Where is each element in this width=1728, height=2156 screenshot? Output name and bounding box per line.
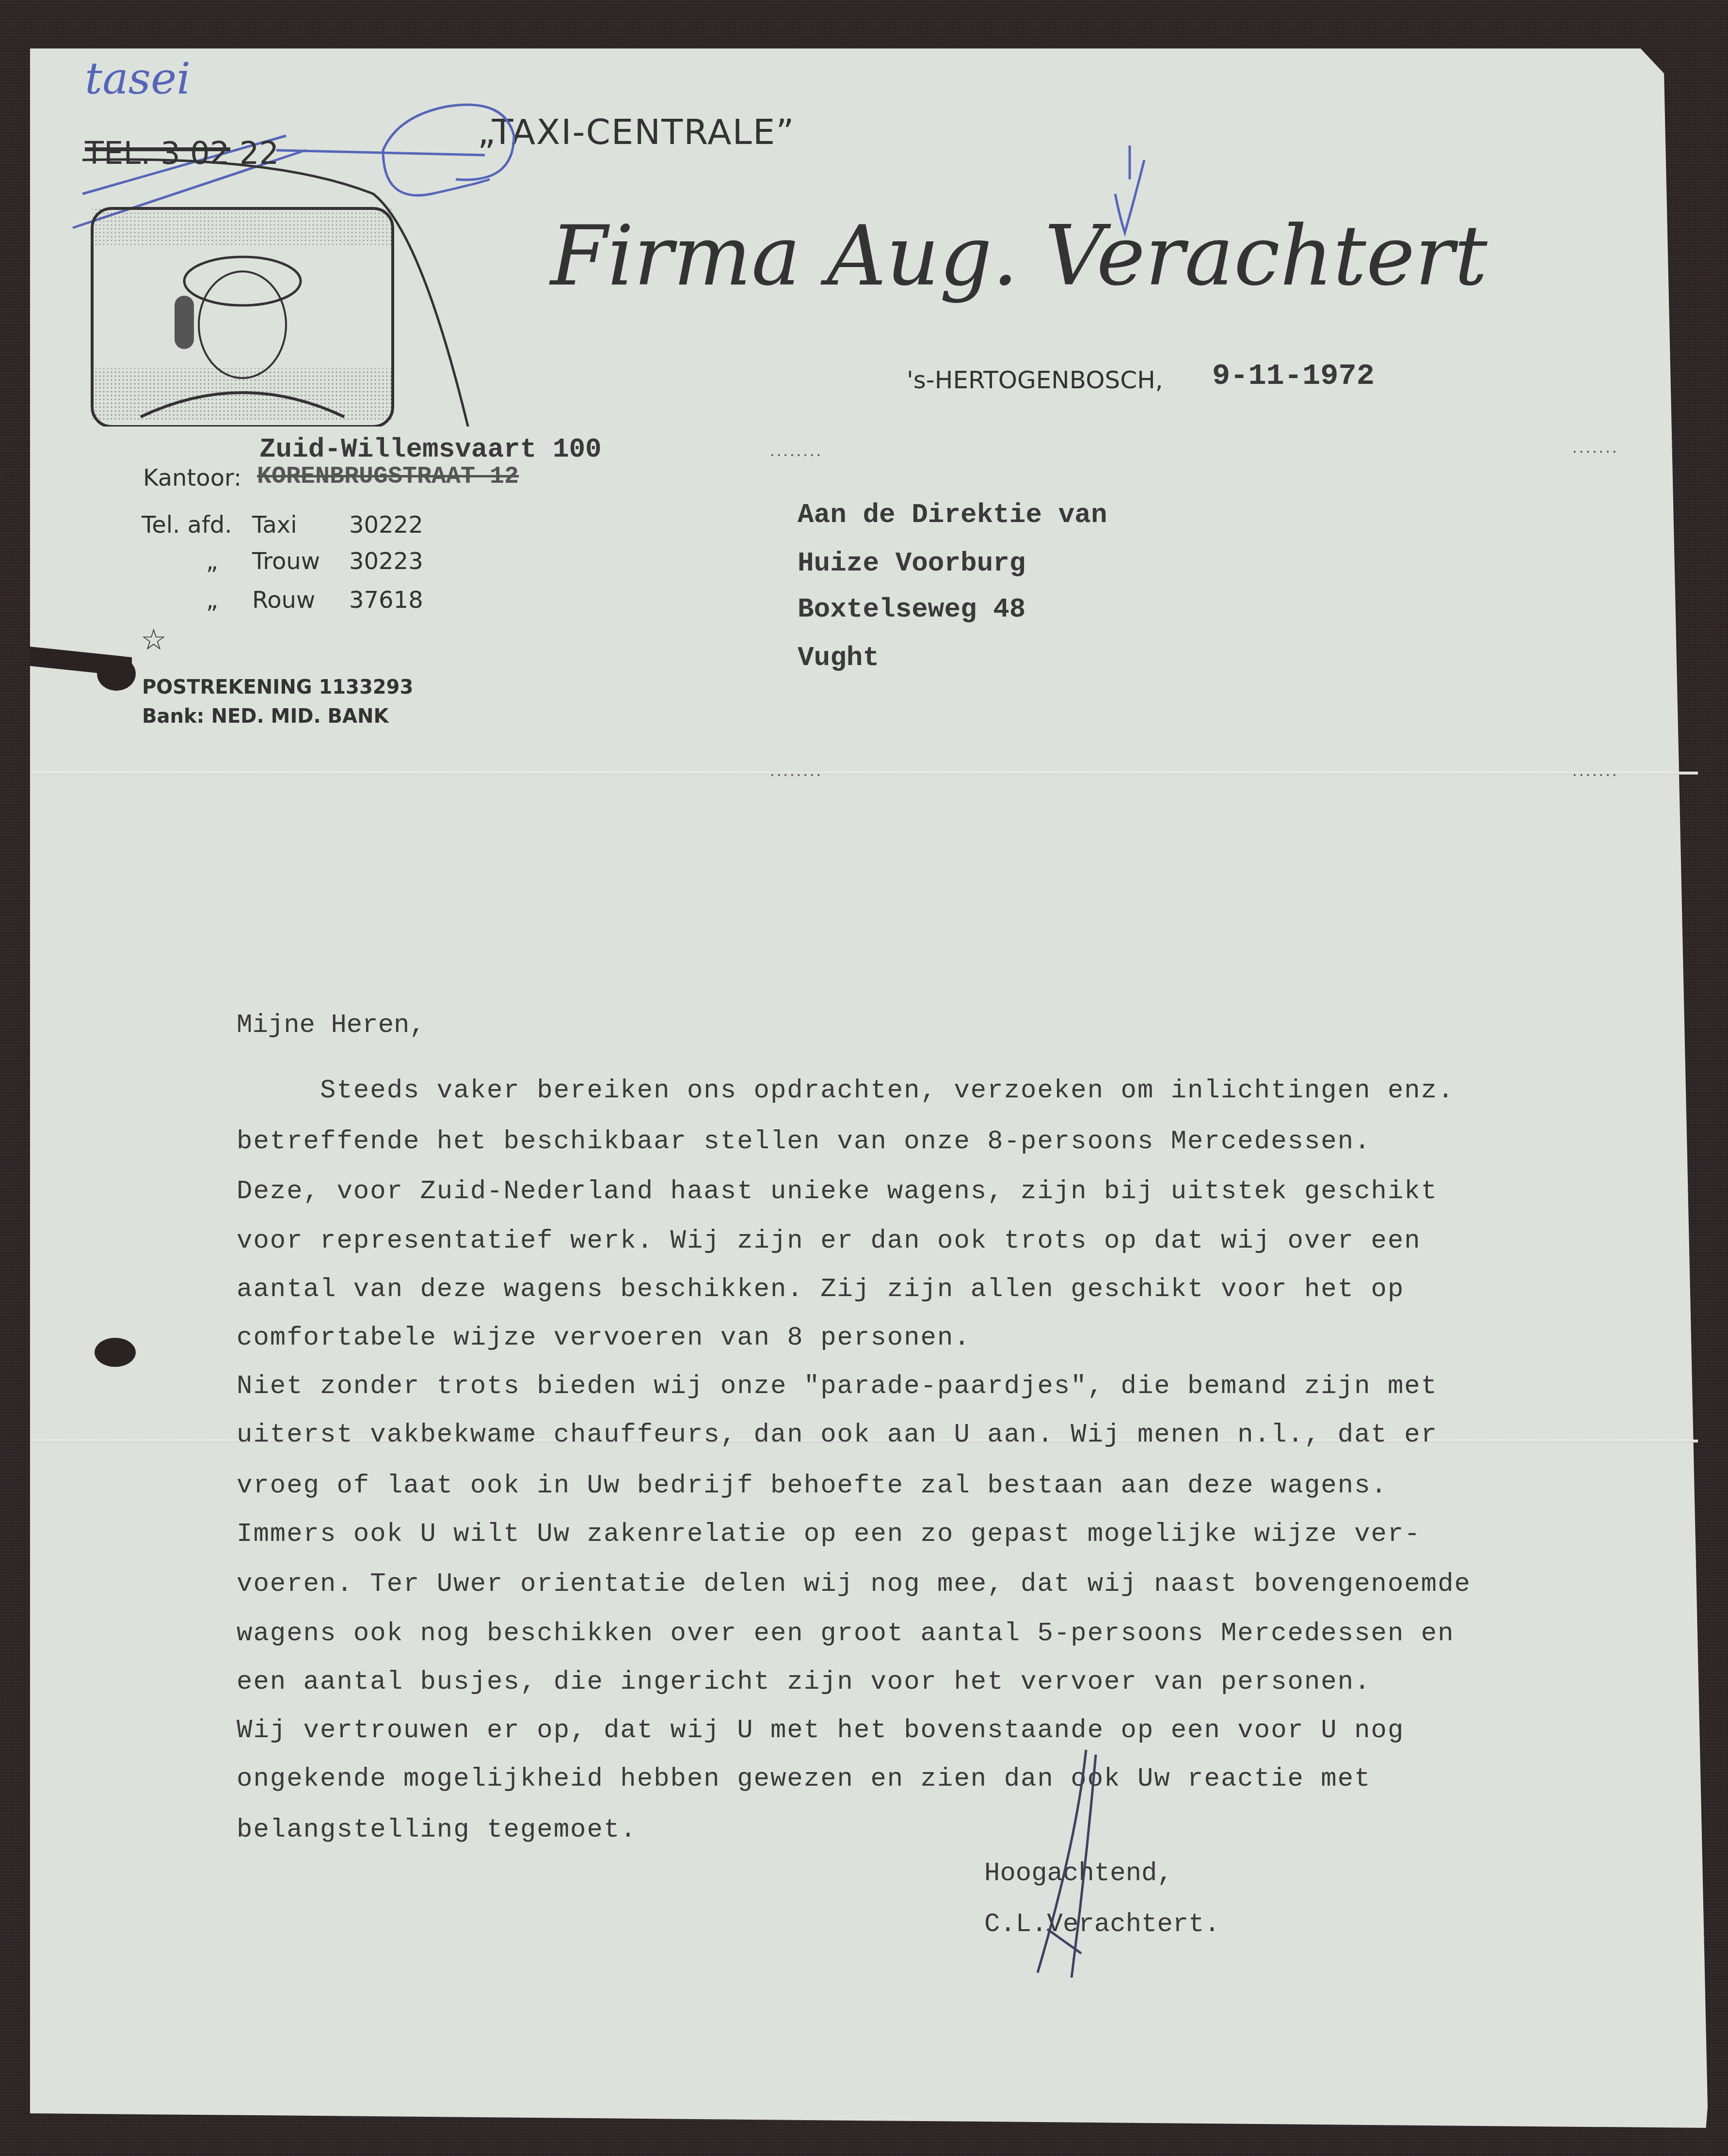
phone-prefix: Tel. afd.: [142, 511, 232, 539]
new-address: Zuid-Willemsvaart 100: [259, 434, 602, 465]
pen-circle-mark: [272, 97, 640, 223]
body-line: ongekende mogelijkheid hebben gewezen en…: [237, 1764, 1371, 1794]
recipient-line: Boxtelseweg 48: [798, 594, 1025, 625]
body-line: voeren. Ter Uwer orientatie delen wij no…: [237, 1569, 1471, 1599]
phone-number: 37618: [349, 587, 423, 614]
recipient-line: Huize Voorburg: [798, 548, 1025, 579]
place: 's-HERTOGENBOSCH,: [907, 366, 1163, 394]
handwritten-signature: [1018, 1745, 1115, 1978]
phone-dept: Taxi: [252, 511, 297, 539]
phone-number: 30223: [349, 548, 423, 575]
recipient-line: Vught: [798, 642, 879, 673]
punch-hole: [97, 657, 136, 691]
body-line: betreffende het beschikbaar stellen van …: [237, 1127, 1371, 1157]
phone-dept: Trouw: [252, 548, 320, 575]
letter-date: 9-11-1972: [1212, 359, 1375, 393]
body-line: Steeds vaker bereiken ons opdrachten, ve…: [237, 1076, 1455, 1106]
phone-dept: Rouw: [252, 587, 315, 614]
body-line: voor representatief werk. Wij zijn er da…: [237, 1226, 1421, 1256]
office-label: Kantoor:: [143, 464, 241, 491]
body-line: belangstelling tegemoet.: [237, 1815, 637, 1845]
phone-prefix: „: [206, 548, 218, 575]
body-line: Wij vertrouwen er op, dat wij U met het …: [237, 1716, 1404, 1745]
fold-mark: ·······: [1571, 445, 1617, 460]
body-line: Deze, voor Zuid-Nederland haast unieke w…: [237, 1177, 1438, 1206]
body-line: Niet zonder trots bieden wij onze "parad…: [237, 1372, 1438, 1401]
old-address-struck: KORENBRUGSTRAAT 12: [257, 463, 519, 491]
body-line: een aantal busjes, die ingericht zijn vo…: [237, 1667, 1371, 1697]
body-line: wagens ook nog beschikken over een groot…: [237, 1619, 1455, 1649]
fold-mark: ········: [768, 768, 821, 783]
body-line: uiterst vakbekwame chauffeurs, dan ook a…: [237, 1420, 1438, 1450]
salutation: Mijne Heren,: [237, 1011, 425, 1040]
body-line: vroeg of laat ook in Uw bedrijf behoefte…: [237, 1471, 1388, 1501]
postrekening: POSTREKENING 1133293: [142, 676, 413, 698]
recipient-line: Aan de Direktie van: [798, 499, 1107, 530]
fold-line: [30, 772, 1698, 775]
body-line: Immers ook U wilt Uw zakenrelatie op een…: [237, 1520, 1421, 1549]
company-name: Firma Aug. Verachtert: [550, 208, 1488, 304]
body-line: comfortabele wijze vervoeren van 8 perso…: [237, 1323, 971, 1353]
phone-prefix: „: [206, 587, 218, 614]
bank: Bank: NED. MID. BANK: [142, 705, 389, 728]
fold-mark: ·······: [1571, 768, 1617, 783]
phone-number: 30222: [349, 511, 423, 539]
star-icon: ☆: [141, 623, 167, 657]
fold-mark: ········: [768, 448, 821, 463]
body-line: aantal van deze wagens beschikken. Zij z…: [237, 1275, 1404, 1304]
pen-check-mark: [1105, 141, 1154, 238]
punch-hole: [95, 1338, 136, 1367]
